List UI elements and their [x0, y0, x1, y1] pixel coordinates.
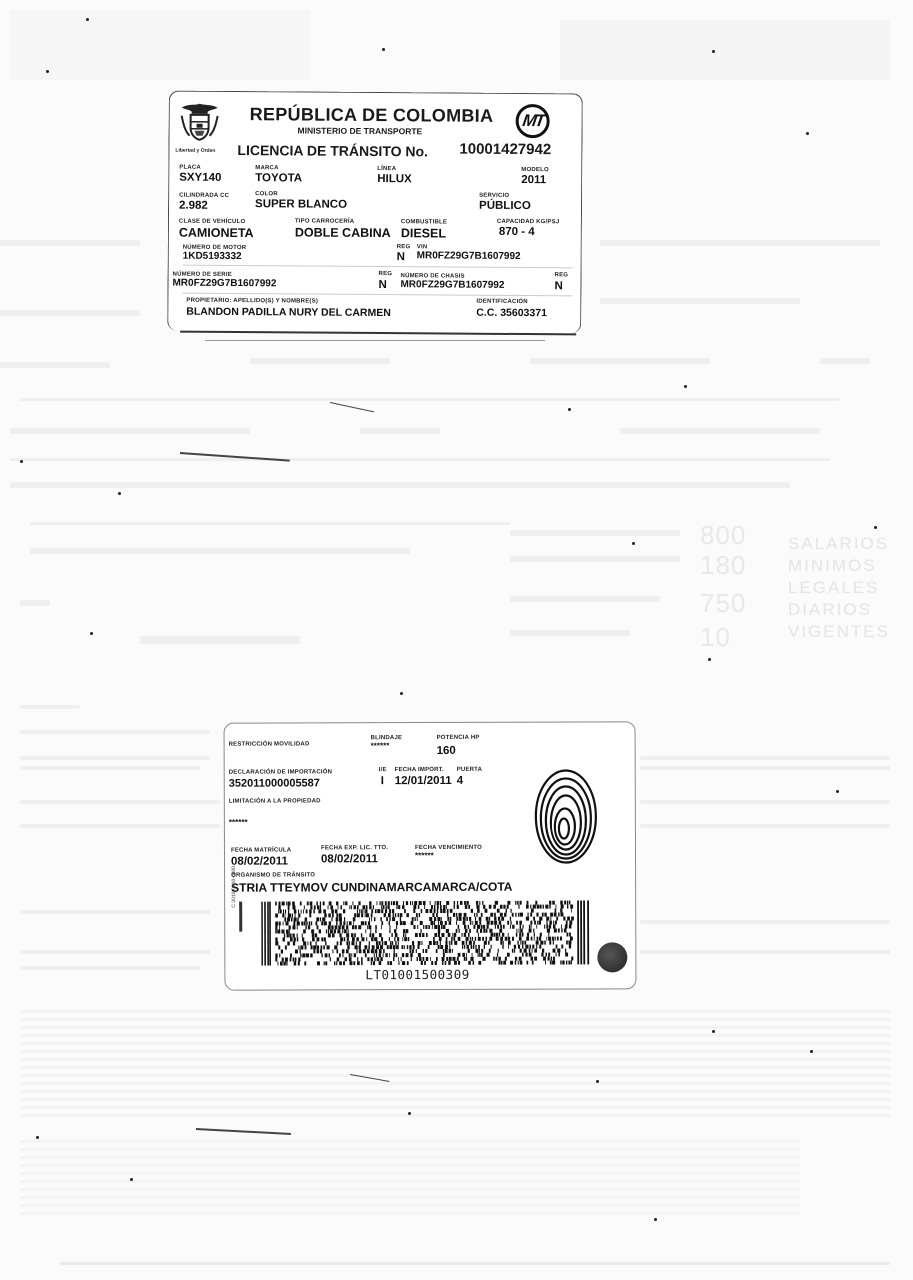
- ministry-transport-logo-icon: MT: [516, 104, 550, 138]
- restriccion-label: RESTRICCIÓN MOVILIDAD: [229, 741, 310, 747]
- declaracion-label: DECLARACIÓN DE IMPORTACIÓN: [229, 769, 332, 775]
- fecha-import-label: FECHA IMPORT.: [395, 767, 444, 773]
- placa-label: PLACA: [179, 165, 201, 171]
- clase-value: CAMIONETA: [179, 226, 254, 241]
- ghost-number: 750: [700, 588, 746, 619]
- combustible-value: DIESEL: [401, 226, 446, 240]
- capacidad-value: 870 - 4: [499, 226, 535, 238]
- combustible-label: COMBUSTIBLE: [401, 219, 447, 225]
- ghost-number: 800: [700, 520, 746, 551]
- limitacion-label: LIMITACIÓN A LA PROPIEDAD: [229, 798, 321, 804]
- coat-of-arms-icon: [177, 102, 221, 142]
- color-label: COLOR: [255, 191, 278, 197]
- ie-value: I: [381, 775, 384, 787]
- ghost-word: LEGALES: [788, 578, 880, 598]
- license-number: 10001427942: [459, 141, 551, 159]
- security-seal-icon: [597, 942, 627, 972]
- country-title: REPÚBLICA DE COLOMBIA: [250, 104, 494, 127]
- fecha-matricula-label: FECHA MATRÍCULA: [231, 847, 291, 853]
- fingerprint-icon: [531, 762, 601, 866]
- motor-reg-label: REG: [397, 244, 411, 250]
- capacidad-label: CAPACIDAD Kg/PSJ: [497, 219, 559, 225]
- identificacion-value: C.C. 35603371: [476, 307, 547, 319]
- fecha-exp-label: FECHA EXP. LIC. TTO.: [321, 845, 388, 851]
- servicio-value: PÚBLICO: [479, 200, 531, 212]
- puerta-label: PUERTA: [457, 767, 482, 773]
- coat-caption: Libertad y Orden: [175, 148, 215, 154]
- modelo-label: MODELO: [521, 167, 549, 173]
- license-title: LICENCIA DE TRÁNSITO No.: [237, 142, 428, 159]
- blindaje-value: ******: [371, 741, 390, 750]
- chasis-reg-value: N: [554, 280, 562, 292]
- serie-reg-label: REG: [379, 271, 393, 277]
- pdf417-barcode: [261, 900, 591, 965]
- placa-value: SXY140: [179, 172, 221, 184]
- marca-value: TOYOTA: [255, 172, 302, 184]
- vin-value: MR0FZ29G7B1607992: [417, 250, 521, 262]
- ministry-title: MINISTERIO DE TRANSPORTE: [298, 125, 423, 136]
- potencia-label: POTENCIA HP: [437, 735, 480, 741]
- propietario-label: PROPIETARIO: APELLIDO(S) Y NOMBRE(S): [186, 298, 318, 305]
- motor-reg-value: N: [397, 251, 405, 263]
- servicio-label: SERVICIO: [479, 193, 509, 199]
- linea-label: LÍNEA: [377, 166, 396, 172]
- ghost-word: SALARIOS: [788, 534, 889, 554]
- fecha-import-value: 12/01/2011: [395, 775, 452, 787]
- ghost-word: DIARIOS: [788, 600, 872, 620]
- modelo-value: 2011: [521, 174, 546, 186]
- carroceria-value: DOBLE CABINA: [295, 225, 391, 240]
- limitacion-value: ******: [229, 818, 248, 827]
- clase-label: CLASE DE VEHÍCULO: [179, 219, 245, 225]
- color-value: SUPER BLANCO: [255, 198, 347, 211]
- fecha-exp-value: 08/02/2011: [321, 853, 378, 865]
- potencia-value: 160: [437, 745, 456, 757]
- ie-label: I/E: [379, 767, 387, 773]
- ghost-word: VIGENTES: [788, 622, 890, 642]
- marca-label: MARCA: [255, 165, 278, 171]
- fecha-vencimiento-value: ******: [415, 851, 434, 860]
- linea-value: HILUX: [377, 173, 412, 185]
- serie-reg-value: N: [378, 279, 386, 291]
- organismo-label: ORGANISMO DE TRÁNSITO: [231, 872, 315, 878]
- chasis-reg-label: REG: [555, 272, 569, 278]
- motor-value: 1KD5193332: [183, 251, 242, 262]
- chasis-value: MR0FZ29G7B1607992: [400, 279, 504, 291]
- serie-value: MR0FZ29G7B1607992: [172, 278, 276, 290]
- puerta-value: 4: [457, 775, 463, 787]
- carroceria-label: TIPO CARROCERÍA: [295, 218, 354, 224]
- declaracion-value: 352011000005587: [229, 777, 320, 789]
- cilindrada-label: CILINDRADA CC: [179, 193, 229, 199]
- license-card-back: RESTRICCIÓN MOVILIDAD BLINDAJE ****** PO…: [224, 721, 637, 990]
- identificacion-label: IDENTIFICACIÓN: [476, 299, 528, 305]
- fecha-matricula-value: 08/02/2011: [231, 855, 288, 867]
- ghost-number: 10: [700, 622, 731, 653]
- side-code: C 2010-0000-0000: [231, 866, 237, 908]
- barcode-number: LT01001500309: [365, 967, 469, 982]
- cilindrada-value: 2.982: [179, 200, 208, 212]
- organismo-value: STRIA TTEYMOV CUNDINAMARCAMARCA/COTA: [231, 880, 512, 895]
- ghost-word: MINIMOS: [788, 556, 877, 576]
- ghost-number: 180: [700, 550, 746, 581]
- propietario-value: BLANDON PADILLA NURY DEL CARMEN: [186, 306, 391, 319]
- license-card-front: Libertad y Orden REPÚBLICA DE COLOMBIA M…: [167, 91, 583, 334]
